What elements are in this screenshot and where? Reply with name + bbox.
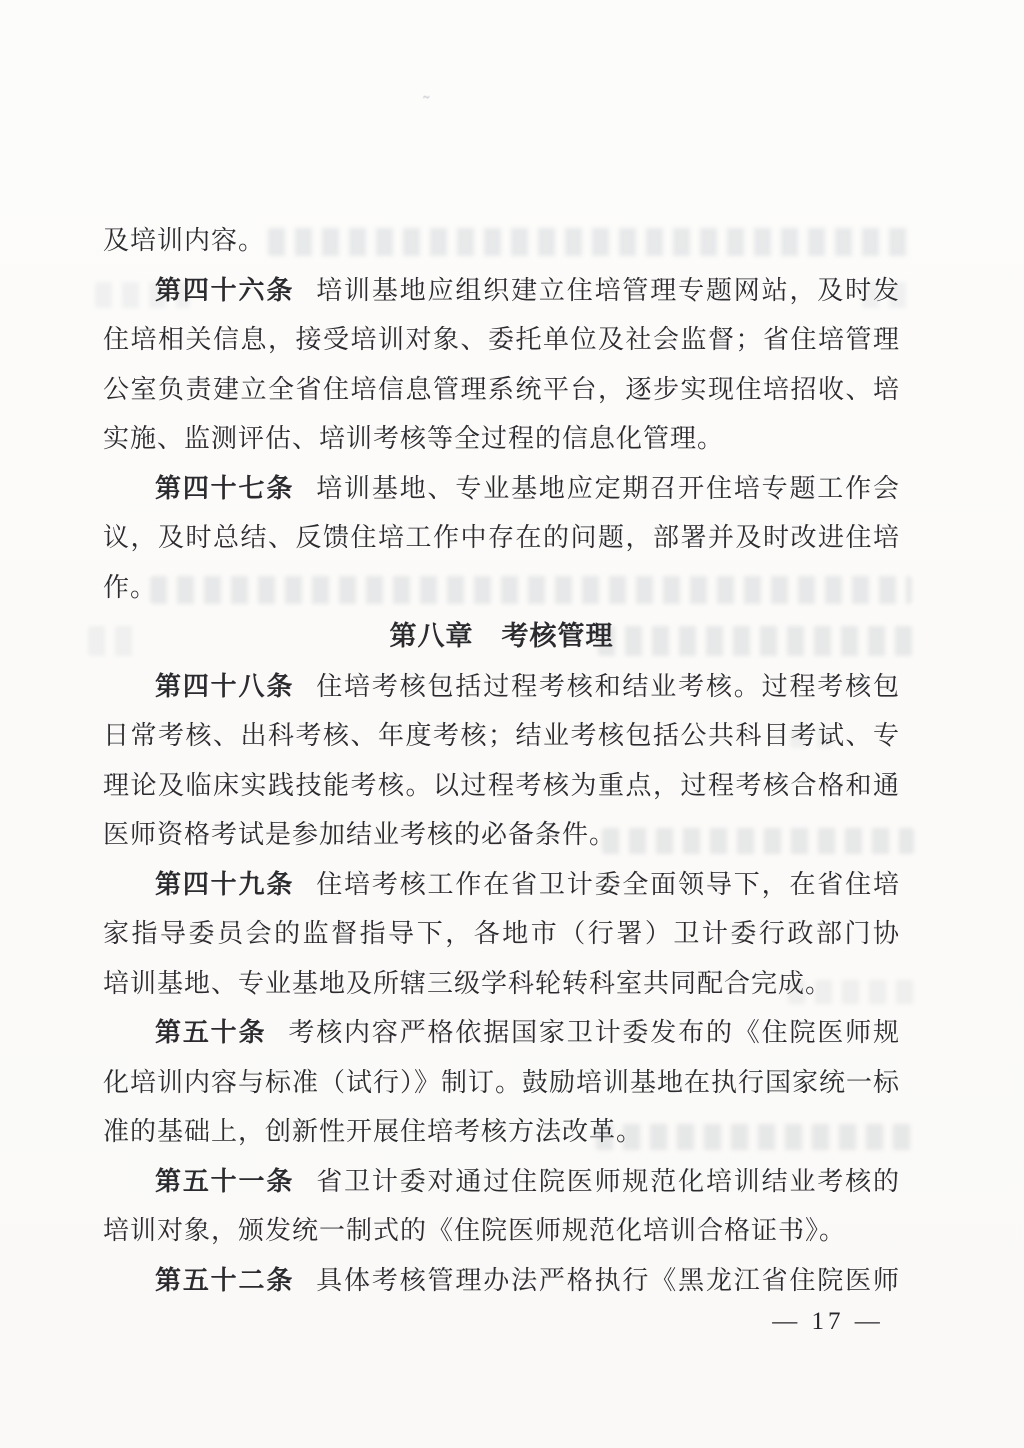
document-page: ~ 及培训内容。 第四十六条培训基地应组织建立住培管理专题网站，及时发布 住培相… [0,0,1024,1448]
body-line: 实施、监测评估、培训考核等全过程的信息化管理。 [103,414,900,464]
body-line: 日常考核、出科考核、年度考核；结业考核包括公共科目考试、专业 [103,711,900,761]
body-line: 议，及时总结、反馈住培工作中存在的问题，部署并及时改进住培工 [103,513,900,563]
body-line: 公室负责建立全省住培信息管理系统平台，逐步实现住培招收、培训 [103,365,900,415]
body-line: 住培相关信息，接受培训对象、委托单位及社会监督；省住培管理办 [103,315,900,365]
body-line: 第五十条考核内容严格依据国家卫计委发布的《住院医师规范 [103,1008,900,1058]
body-line: 作。 [103,563,900,613]
body-line: 及培训内容。 [103,216,900,266]
article-text: 培训基地、专业基地应定期召开住培专题工作会 [316,474,900,503]
body-line: 理论及临床实践技能考核。以过程考核为重点，过程考核合格和通过 [103,761,900,811]
body-line: 第四十八条住培考核包括过程考核和结业考核。过程考核包括 [103,662,900,712]
article-text: 省卫计委对通过住院医师规范化培训结业考核的 [316,1167,900,1196]
article-term: 第四十九条 [155,870,294,899]
article-term: 第四十八条 [155,672,294,701]
stray-scan-mark: ~ [423,92,439,102]
body-line: 第四十六条培训基地应组织建立住培管理专题网站，及时发布 [103,266,900,316]
article-term: 第五十二条 [155,1266,294,1295]
document-body: 及培训内容。 第四十六条培训基地应组织建立住培管理专题网站，及时发布 住培相关信… [103,216,900,1305]
page-number: — 17 — [748,1308,908,1336]
body-line: 培训基地、专业基地及所辖三级学科轮转科室共同配合完成。 [103,959,900,1009]
article-term: 第五十一条 [155,1167,294,1196]
body-line: 准的基础上，创新性开展住培考核方法改革。 [103,1107,900,1157]
article-term: 第四十六条 [155,276,294,305]
body-line: 第五十一条省卫计委对通过住院医师规范化培训结业考核的 [103,1157,900,1207]
body-line: 家指导委员会的监督指导下，各地市（行署）卫计委行政部门协助， [103,909,900,959]
body-line: 培训对象，颁发统一制式的《住院医师规范化培训合格证书》。 [103,1206,900,1256]
body-line: 化培训内容与标准（试行）》制订。鼓励培训基地在执行国家统一标 [103,1058,900,1108]
body-line: 第四十七条培训基地、专业基地应定期召开住培专题工作会 [103,464,900,514]
article-term: 第五十条 [155,1018,266,1047]
chapter-heading: 第八章 考核管理 [103,612,900,662]
article-term: 第四十七条 [155,474,294,503]
body-line: 医师资格考试是参加结业考核的必备条件。 [103,810,900,860]
body-line: 第五十二条具体考核管理办法严格执行《黑龙江省住院医师规 [103,1256,900,1306]
article-text: 考核内容严格依据国家卫计委发布的《住院医师规范 [155,1018,900,1058]
body-line: 第四十九条住培考核工作在省卫计委全面领导下，在省住培专 [103,860,900,910]
